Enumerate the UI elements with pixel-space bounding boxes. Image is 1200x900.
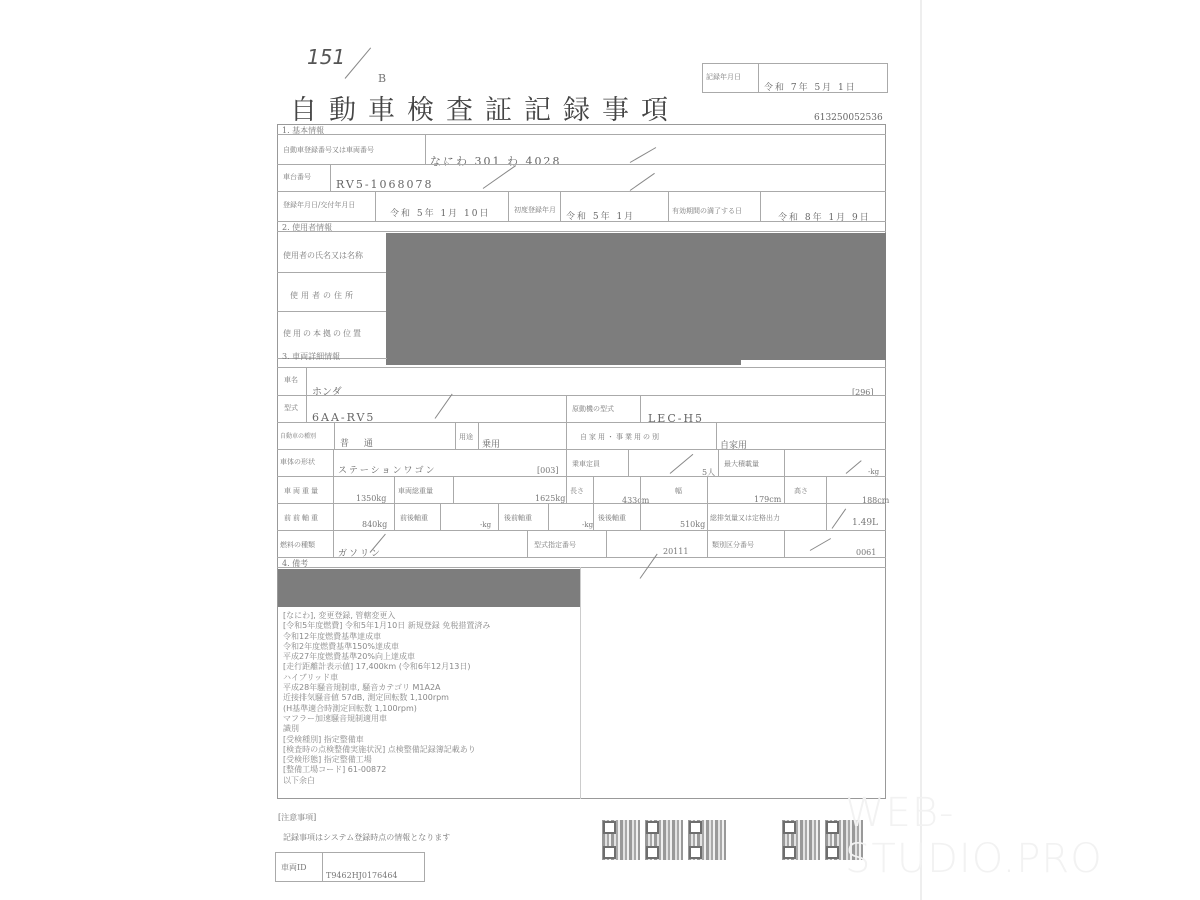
private-business-label: 自家用・事業用の別: [580, 432, 661, 442]
use-label: 用途: [459, 432, 473, 442]
ff-axle-value: 840kg: [362, 520, 387, 529]
engine-model-label: 原動機の型式: [572, 404, 614, 414]
body-shape-code: [003]: [537, 466, 559, 475]
user-base-label: 使用の本拠の位置: [283, 328, 363, 339]
notes-text: 記録事項はシステム登録時点の情報となります: [283, 832, 450, 843]
remark-line: マフラー加速騒音規制適用車: [283, 714, 579, 724]
designation-value: 20111: [663, 547, 688, 556]
remark-line: [検査時の点検整備実施状況] 点検整備記録簿記載あり: [283, 745, 579, 755]
category-value: 0061: [856, 548, 876, 557]
category-label: 類別区分番号: [712, 540, 754, 550]
rr-axle-label: 後後軸重: [598, 513, 626, 523]
chassis-number-label: 車台番号: [283, 172, 311, 182]
vehicle-kind-label: 自動車の種別: [280, 431, 316, 440]
remark-line: (H基準適合時測定回転数 1,100rpm): [283, 704, 579, 714]
page-edge-divider: [920, 0, 922, 900]
qr-code-icon: [645, 820, 683, 860]
vehicle-kind-value: 普 通: [340, 436, 379, 449]
remark-line: ハイブリッド車: [283, 673, 579, 683]
fr-axle-value: -kg: [480, 521, 491, 529]
max-load-value: -kg: [868, 468, 879, 476]
redacted-remarks: [278, 569, 580, 607]
document-number: 613250052536: [814, 113, 883, 123]
user-name-label: 使用者の氏名又は名称: [283, 250, 363, 261]
length-label: 長さ: [570, 486, 584, 496]
width-label: 幅: [675, 486, 682, 496]
remark-line: [令和5年度燃費] 令和5年1月10日 新規登録 免税措置済み: [283, 621, 579, 631]
record-date-label: 記録年月日: [706, 72, 741, 82]
first-reg-label: 登録年月日/交付年月日: [283, 200, 355, 210]
remark-line: 以下余白: [283, 776, 579, 786]
section-vehicle-heading: 3. 車両詳細情報: [282, 351, 340, 362]
vehicle-id-label: 車両ID: [281, 862, 307, 873]
displacement-value: 1.49L: [852, 518, 878, 528]
remark-line: 平成28年騒音規制車, 騒音カテゴリ M1A2A: [283, 683, 579, 693]
engine-model-value: LEC-H5: [648, 412, 704, 425]
designation-label: 型式指定番号: [534, 540, 576, 550]
gross-weight-value: 1625kg: [535, 494, 565, 503]
capacity-label: 乗車定員: [572, 459, 600, 469]
remark-line: 令和2年度燃費基準150%達成車: [283, 642, 579, 652]
fuel-type-label: 燃料の種類: [280, 540, 315, 550]
maker-label: 車名: [284, 375, 298, 385]
height-label: 高さ: [794, 486, 808, 496]
fr-axle-label: 前後軸重: [400, 513, 428, 523]
max-load-label: 最大積載量: [724, 459, 759, 469]
record-date-value: 令和 7年 5月 1日: [764, 80, 857, 93]
remarks-list: [なにわ], 変更登録, 管轄変更入[令和5年度燃費] 令和5年1月10日 新規…: [283, 611, 579, 786]
vehicle-weight-value: 1350kg: [356, 494, 386, 503]
gross-weight-label: 車両総重量: [398, 486, 433, 496]
handwritten-stroke: [345, 48, 371, 79]
body-shape-label: 車体の形状: [280, 457, 315, 467]
remark-line: [受検種別] 指定整備車: [283, 735, 579, 745]
remark-line: 平成27年度燃費基準20%向上達成車: [283, 652, 579, 662]
document-title: 自動車検査証記録事項: [290, 88, 680, 127]
remark-line: 識別: [283, 724, 579, 734]
remark-line: [走行距離計表示値] 17,400km (令和6年12月13日): [283, 662, 579, 672]
expiry-label: 有効期間の満了する日: [672, 206, 742, 216]
ff-axle-label: 前前軸重: [284, 513, 320, 523]
qr-code-icon: [782, 820, 820, 860]
remark-line: 令和12年度燃費基準達成車: [283, 632, 579, 642]
handwritten-number: 151: [307, 45, 345, 69]
rf-axle-label: 後前軸重: [504, 513, 532, 523]
remark-line: [なにわ], 変更登録, 管轄変更入: [283, 611, 579, 621]
chassis-number-value: RV5-1068078: [336, 178, 434, 191]
vehicle-id-value: T9462HJ0176464: [326, 871, 398, 880]
first-reg-value: 令和 5年 1月 10日: [390, 206, 491, 219]
displacement-label: 総排気量又は定格出力: [710, 513, 780, 523]
notes-heading: [注意事項]: [278, 812, 316, 823]
rr-axle-value: 510kg: [680, 520, 705, 529]
qr-code-icon: [688, 820, 726, 860]
qr-code-icon: [602, 820, 640, 860]
user-address-label: 使用者の住所: [290, 290, 356, 301]
watermark: WEB-STUDIO.PRO: [845, 790, 1200, 882]
body-shape-value: ステーションワゴン: [338, 463, 436, 476]
first-year-label: 初度登録年月: [514, 205, 556, 215]
reg-number-value: なにわ 301 わ 4028: [430, 153, 561, 169]
model-label: 型式: [284, 403, 298, 413]
remark-line: [受検形態] 指定整備工場: [283, 755, 579, 765]
remark-line: [整備工場コード] 61-00872: [283, 765, 579, 775]
reg-number-label: 自動車登録番号又は車両番号: [283, 145, 374, 155]
handwritten-mark: B: [378, 72, 386, 85]
rf-axle-value: -kg: [582, 521, 593, 529]
redacted-user-info: [386, 233, 886, 360]
vehicle-weight-label: 車両重量: [284, 486, 320, 496]
remark-line: 近接排気騒音値 57dB, 測定回転数 1,100rpm: [283, 693, 579, 703]
